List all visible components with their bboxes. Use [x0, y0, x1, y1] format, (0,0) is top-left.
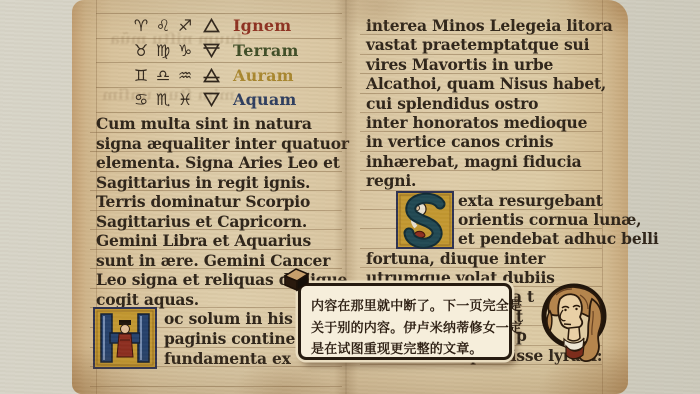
- illuminated-initial-h: [93, 307, 157, 369]
- zodiac-table-row: ♉♍♑Terram: [96, 38, 342, 63]
- dialog-box[interactable]: 内容在那里就中断了。下一页完全是关于别的内容。伊卢米纳蒂修女一定是在试图重现更完…: [298, 283, 512, 360]
- zodiac-signs: ♊♎♒: [130, 66, 196, 85]
- text-line: Cum multa sint in natura: [90, 113, 342, 133]
- text-line: 内容在那里就中断了。下一页完全是: [311, 295, 500, 317]
- zodiac-sign-glyph: ♉: [130, 41, 152, 60]
- element-name-label: Auram: [233, 66, 294, 85]
- zodiac-sign-glyph: ♎: [152, 66, 174, 85]
- text-line: signa æqualiter inter quatuor: [90, 133, 342, 153]
- fire-triangle-icon: [203, 18, 220, 33]
- zodiac-signs: ♈♌♐: [130, 16, 196, 35]
- text-line: Gemini Libra et Aquarius: [90, 230, 342, 250]
- book-icon: [281, 265, 311, 293]
- zodiac-sign-glyph: ♊: [130, 66, 152, 85]
- zodiac-sign-glyph: ♑: [174, 41, 196, 60]
- text-line: Sagittarius in regit ignis.: [90, 172, 342, 192]
- text-line: vires Mavortis in urbe: [360, 55, 602, 74]
- text-line: inhærebat, magni fiducia: [360, 152, 602, 171]
- air-triangle-icon: [203, 68, 220, 83]
- text-line: 是在试图重现更完整的文章。: [311, 338, 500, 360]
- text-line: Terris dominatur Scorpio: [90, 191, 342, 211]
- earth-triangle-icon: [203, 43, 220, 58]
- zodiac-table-row: ♈♌♐Ignem: [96, 13, 342, 38]
- zodiac-sign-glyph: ♐: [174, 16, 196, 35]
- zodiac-sign-glyph: ♒: [174, 66, 196, 85]
- text-line: vastat praetemptatque sui: [360, 35, 602, 54]
- text-line: [90, 367, 342, 387]
- zodiac-element-table: ♈♌♐Ignem♉♍♑Terram♊♎♒Auram♋♏♓Aquam: [96, 13, 342, 113]
- dialog-text: 内容在那里就中断了。下一页完全是关于别的内容。伊卢米纳蒂修女一定是在试图重现更完…: [311, 295, 500, 360]
- illuminated-initial-s: [396, 191, 454, 249]
- element-name-label: Terram: [233, 41, 299, 60]
- zodiac-table-row: ♋♏♓Aquam: [96, 87, 342, 112]
- zodiac-signs: ♉♍♑: [130, 41, 196, 60]
- zodiac-sign-glyph: ♌: [152, 16, 174, 35]
- element-name-label: Ignem: [233, 16, 291, 35]
- text-line: regni.: [360, 171, 602, 190]
- text-line: fortuna, diuque inter: [360, 249, 602, 268]
- character-portrait: [536, 283, 614, 369]
- text-line: in vertice canos crinis: [360, 132, 602, 151]
- zodiac-sign-glyph: ♓: [174, 90, 196, 109]
- element-name-label: Aquam: [233, 90, 297, 109]
- zodiac-sign-glyph: ♋: [130, 90, 152, 109]
- text-line: elementa. Signa Aries Leo et: [90, 152, 342, 172]
- zodiac-signs: ♋♏♓: [130, 90, 196, 109]
- text-line: Alcathoi, quam Nisus habet,: [360, 74, 602, 93]
- zodiac-sign-glyph: ♈: [130, 16, 152, 35]
- water-triangle-icon: [203, 92, 220, 107]
- text-line: 关于别的内容。伊卢米纳蒂修女一定: [311, 317, 500, 339]
- text-line: cui splendidus ostro: [360, 94, 602, 113]
- text-line: inter honoratos medioque: [360, 113, 602, 132]
- game-screen: ſuum niſtu mũa mim ſtuu unſim ♈♌♐Ignem♉♍…: [0, 0, 700, 394]
- text-line: interea Minos Lelegeia litora: [360, 16, 602, 35]
- zodiac-sign-glyph: ♍: [152, 41, 174, 60]
- zodiac-sign-glyph: ♏: [152, 90, 174, 109]
- zodiac-table-row: ♊♎♒Auram: [96, 62, 342, 87]
- text-line: Sagittarius et Capricorn.: [90, 211, 342, 231]
